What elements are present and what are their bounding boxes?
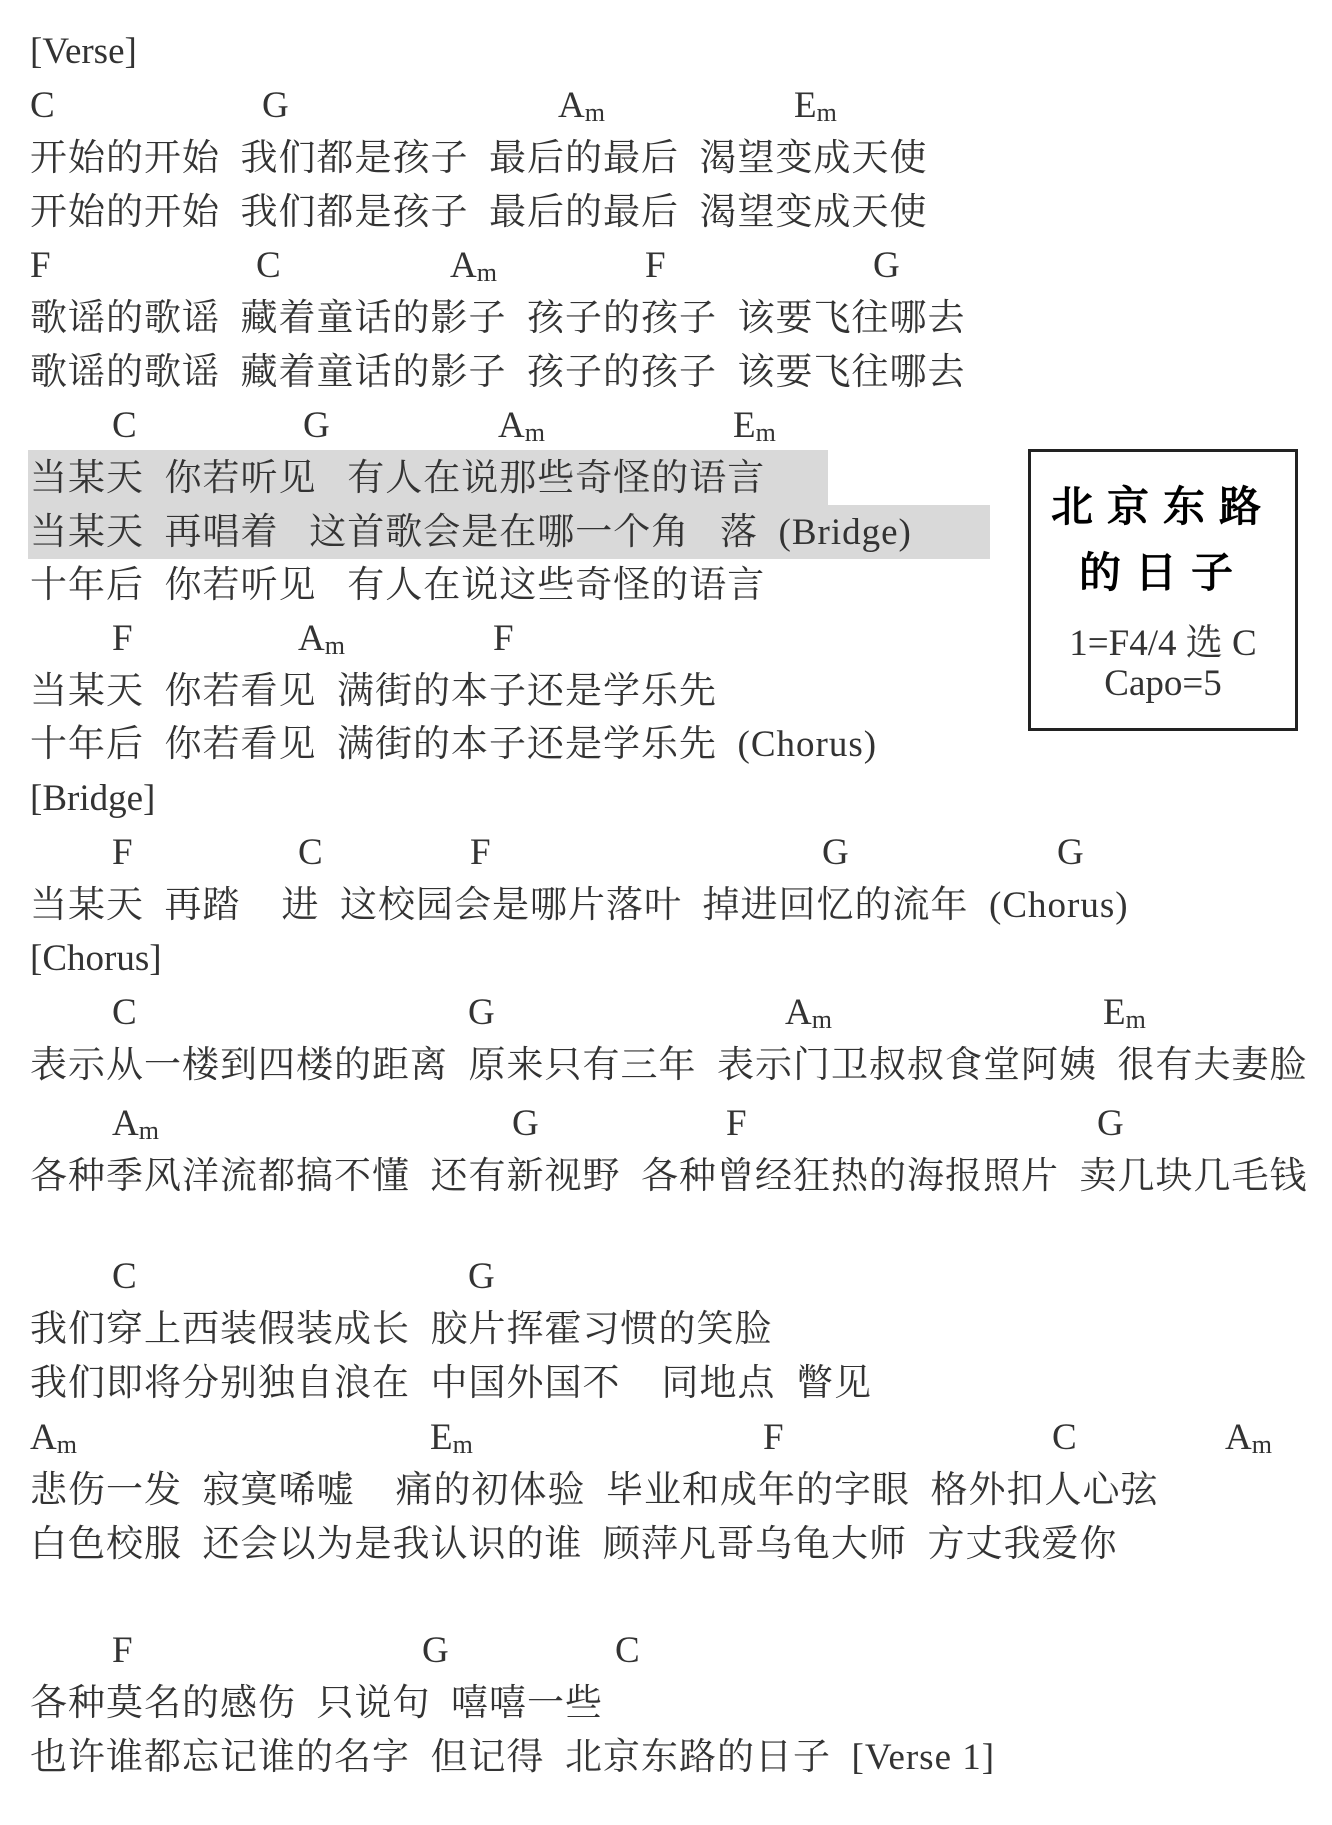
chord-root: G xyxy=(468,992,495,1033)
chord-symbol: Am xyxy=(558,83,605,129)
chord-symbol: Em xyxy=(733,403,776,449)
chord-symbol: C xyxy=(256,243,281,289)
chord-symbol: F xyxy=(645,243,666,289)
chord-symbol: C xyxy=(615,1628,640,1674)
chord-root: C xyxy=(1052,1417,1077,1458)
lyric-line: 各种季风洋流都搞不懂 还有新视野 各种曾经狂热的海报照片 卖几块几毛钱 xyxy=(30,1154,1308,1200)
chord-root: C xyxy=(30,85,55,126)
chord-symbol: C xyxy=(298,830,323,876)
chord-symbol: G xyxy=(262,83,289,129)
lyric-line: 当某天 再踏 进 这校园会是哪片落叶 掉进回忆的流年 (Chorus) xyxy=(30,883,1129,929)
song-title-line-1: 北京东路 xyxy=(1031,474,1295,534)
chord-root: F xyxy=(30,245,51,286)
chord-symbol: Am xyxy=(498,403,545,449)
lyric-line: 开始的开始 我们都是孩子 最后的最后 渴望变成天使 xyxy=(30,136,928,182)
chord-symbol: Am xyxy=(450,243,497,289)
chord-symbol: F xyxy=(470,830,491,876)
chord-symbol: C xyxy=(30,83,55,129)
chord-quality: m xyxy=(817,98,837,127)
chord-quality: m xyxy=(756,418,776,447)
lyric-line: 各种莫名的感伤 只说句 嘻嘻一些 xyxy=(30,1681,603,1727)
song-title-box: 北京东路 的日子 1=F4/4 选 C Capo=5 xyxy=(1028,449,1298,731)
chord-symbol: Am xyxy=(30,1415,77,1461)
section-bridge: [Bridge] xyxy=(30,776,155,822)
song-title-line-2: 的日子 xyxy=(1031,540,1295,600)
lyric-line: 悲伤一发 寂寞唏嘘 痛的初体验 毕业和成年的字眼 格外扣人心弦 xyxy=(30,1468,1159,1514)
capo-info: Capo=5 xyxy=(1031,662,1295,705)
chord-symbol: G xyxy=(422,1628,449,1674)
chord-root: F xyxy=(112,1630,133,1671)
lyric-line: 当某天 你若看见 满街的本子还是学乐先 xyxy=(30,669,717,715)
lyric-line: 开始的开始 我们都是孩子 最后的最后 渴望变成天使 xyxy=(30,190,928,236)
chord-quality: m xyxy=(1252,1430,1272,1459)
chord-quality: m xyxy=(139,1116,159,1145)
chord-symbol: G xyxy=(1097,1101,1124,1147)
chord-root: G xyxy=(822,832,849,873)
section-chorus: [Chorus] xyxy=(30,936,162,982)
chord-symbol: F xyxy=(726,1101,747,1147)
chord-root: G xyxy=(422,1630,449,1671)
chord-symbol: Am xyxy=(298,616,345,662)
lyric-line: 歌谣的歌谣 藏着童话的影子 孩子的孩子 该要飞往哪去 xyxy=(30,296,966,342)
chord-symbol: Em xyxy=(430,1415,473,1461)
chord-symbol: G xyxy=(822,830,849,876)
chord-quality: m xyxy=(1126,1005,1146,1034)
chord-symbol: G xyxy=(468,1254,495,1300)
chord-root: E xyxy=(1103,992,1126,1033)
lyric-line: 我们即将分别独自浪在 中国外国不 同地点 瞥见 xyxy=(30,1361,872,1407)
chord-root: C xyxy=(615,1630,640,1671)
chord-root: E xyxy=(794,85,817,126)
chord-symbol: F xyxy=(493,616,514,662)
chord-root: F xyxy=(763,1417,784,1458)
chord-root: F xyxy=(112,832,133,873)
chord-root: F xyxy=(112,618,133,659)
chord-root: G xyxy=(262,85,289,126)
chord-root: C xyxy=(112,992,137,1033)
chord-symbol: F xyxy=(30,243,51,289)
chord-root: F xyxy=(645,245,666,286)
chord-root: C xyxy=(112,405,137,446)
chord-root: G xyxy=(873,245,900,286)
chord-symbol: C xyxy=(112,1254,137,1300)
lyric-line: 当某天 你若听见 有人在说那些奇怪的语言 xyxy=(30,456,765,502)
lyric-line: 我们穿上西装假装成长 胶片挥霍习惯的笑脸 xyxy=(30,1307,773,1353)
chord-root: A xyxy=(558,85,585,126)
chord-symbol: Am xyxy=(785,990,832,1036)
chord-symbol: F xyxy=(112,830,133,876)
chord-symbol: G xyxy=(303,403,330,449)
chord-root: C xyxy=(256,245,281,286)
chord-quality: m xyxy=(57,1430,77,1459)
chord-symbol: C xyxy=(112,403,137,449)
chord-symbol: Em xyxy=(794,83,837,129)
chord-symbol: G xyxy=(512,1101,539,1147)
chord-root: A xyxy=(450,245,477,286)
chord-symbol: F xyxy=(112,1628,133,1674)
chord-symbol: Am xyxy=(1225,1415,1272,1461)
chord-quality: m xyxy=(477,258,497,287)
chord-root: A xyxy=(785,992,812,1033)
section-verse: [Verse] xyxy=(30,29,137,75)
chord-symbol: G xyxy=(468,990,495,1036)
chord-root: E xyxy=(733,405,756,446)
chord-quality: m xyxy=(453,1430,473,1459)
chord-symbol: G xyxy=(1057,830,1084,876)
chord-root: F xyxy=(470,832,491,873)
lyric-line: 白色校服 还会以为是我认识的谁 顾萍凡哥乌龟大师 方丈我爱你 xyxy=(30,1522,1118,1568)
chord-symbol: Am xyxy=(112,1101,159,1147)
chord-root: C xyxy=(298,832,323,873)
chord-root: E xyxy=(430,1417,453,1458)
chord-symbol: C xyxy=(112,990,137,1036)
chord-symbol: Em xyxy=(1103,990,1146,1036)
chord-root: G xyxy=(303,405,330,446)
chord-root: A xyxy=(112,1103,139,1144)
chord-root: G xyxy=(512,1103,539,1144)
lyric-line: 十年后 你若看见 满街的本子还是学乐先 (Chorus) xyxy=(30,722,877,768)
chord-root: G xyxy=(468,1256,495,1297)
chord-root: G xyxy=(1057,832,1084,873)
key-signature: 1=F4/4 选 C xyxy=(1031,612,1295,666)
chord-symbol: F xyxy=(763,1415,784,1461)
chord-root: F xyxy=(493,618,514,659)
chord-symbol: G xyxy=(873,243,900,289)
lyric-line: 表示从一楼到四楼的距离 原来只有三年 表示门卫叔叔食堂阿姨 很有夫妻脸 xyxy=(30,1043,1308,1089)
chord-root: F xyxy=(726,1103,747,1144)
chord-symbol: F xyxy=(112,616,133,662)
chord-root: A xyxy=(298,618,325,659)
chord-root: A xyxy=(30,1417,57,1458)
lyric-line: 十年后 你若听见 有人在说这些奇怪的语言 xyxy=(30,563,765,609)
lyric-line: 歌谣的歌谣 藏着童话的影子 孩子的孩子 该要飞往哪去 xyxy=(30,350,966,396)
lyric-line: 也许谁都忘记谁的名字 但记得 北京东路的日子 [Verse 1] xyxy=(30,1735,995,1781)
chord-symbol: C xyxy=(1052,1415,1077,1461)
chord-root: A xyxy=(1225,1417,1252,1458)
chord-quality: m xyxy=(525,418,545,447)
lyric-line: 当某天 再唱着 这首歌会是在哪一个角 落 (Bridge) xyxy=(30,510,912,556)
chord-quality: m xyxy=(585,98,605,127)
chord-root: G xyxy=(1097,1103,1124,1144)
chord-quality: m xyxy=(325,631,345,660)
chord-root: A xyxy=(498,405,525,446)
chord-quality: m xyxy=(812,1005,832,1034)
chord-root: C xyxy=(112,1256,137,1297)
